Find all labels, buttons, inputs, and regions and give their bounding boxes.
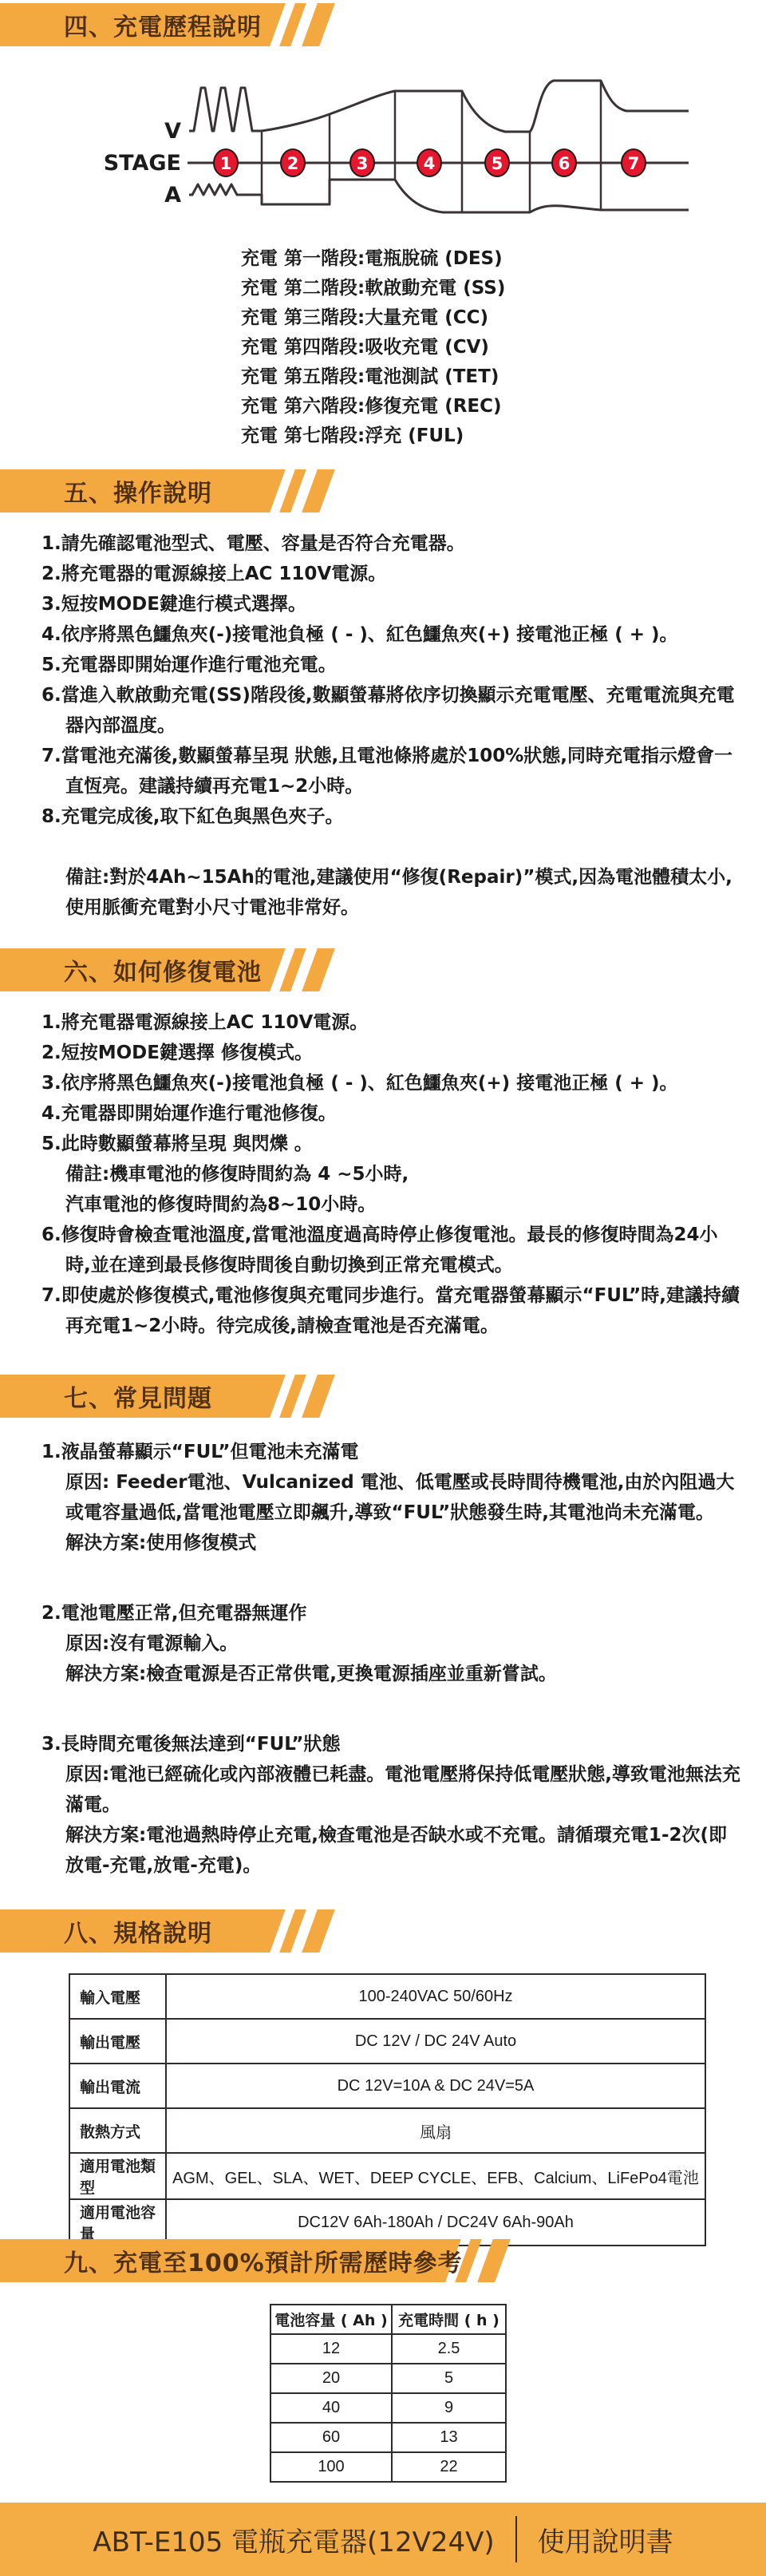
- charge-time-table: 電池容量 ( Ah ) 充電時間 ( h ) 122.5 205 409 601…: [270, 2304, 507, 2483]
- header-stripe: [279, 3, 306, 46]
- section7-title: 七、常見問題: [64, 1379, 212, 1414]
- stage-line: 充電 第一階段:電瓶脫硫 (DES): [241, 244, 505, 274]
- table-row: 409: [270, 2393, 506, 2423]
- step: 4.依序將黑色鱷魚夾(-)接電池負極 ( - )、紅色鱷魚夾(+) 接電池正極 …: [41, 619, 742, 650]
- stage-line: 充電 第三階段:大量充電 (CC): [241, 303, 505, 333]
- spec-table: 輸入電壓100-240VAC 50/60Hz 輸出電壓DC 12V / DC 2…: [69, 1973, 706, 2246]
- spec-key: 輸出電流: [69, 2064, 166, 2108]
- stage-line: 充電 第二階段:軟啟動充電 (SS): [241, 274, 505, 303]
- time-cell: 5: [392, 2364, 506, 2393]
- spec-key: 散熱方式: [69, 2108, 166, 2153]
- capacity-cell: 40: [270, 2393, 392, 2423]
- table-row: 122.5: [270, 2334, 506, 2364]
- footer-band: ABT-E105 電瓶充電器(12V24V) 使用說明書: [0, 2503, 766, 2576]
- header-stripe: [302, 3, 335, 46]
- table-row: 散熱方式風扇: [69, 2108, 705, 2153]
- manual-label: 使用說明書: [538, 2520, 673, 2559]
- faq-cause: 原因:沒有電源輸入。: [41, 1628, 742, 1659]
- table-row: 適用電池類型AGM、GEL、SLA、WET、DEEP CYCLE、EFB、Cal…: [69, 2153, 705, 2199]
- step: 3.依序將黑色鱷魚夾(-)接電池負極 ( - )、紅色鱷魚夾(+) 接電池正極 …: [41, 1068, 742, 1098]
- stage-number: 7: [628, 154, 640, 173]
- voltage-curve: [189, 81, 689, 132]
- header-stripe: [477, 2239, 511, 2282]
- time-cell: 9: [392, 2393, 506, 2423]
- header-stripe: [302, 948, 335, 991]
- faq-solution: 解決方案:電池過熱時停止充電,檢查電池是否缺水或不充電。請循環充電1-2次(即放…: [41, 1820, 742, 1881]
- charge-stage-diagram: V STAGE A 1 2 3 4 5 6 7: [84, 69, 698, 216]
- operation-steps: 1.請先確認電池型式、電壓、容量是否符合充電器。 2.將充電器的電源線接上AC …: [41, 528, 742, 923]
- header-stripe: [302, 1909, 335, 1953]
- spec-value: AGM、GEL、SLA、WET、DEEP CYCLE、EFB、Calcium、L…: [166, 2153, 705, 2199]
- faq-solution: 解決方案:檢查電源是否正常供電,更換電源插座並重新嘗試。: [41, 1659, 742, 1689]
- faq-item: 1.液晶螢幕顯示“FUL”但電池未充滿電 原因: Feeder電池、Vulcan…: [41, 1437, 742, 1558]
- stage-line: 充電 第七階段:浮充 (FUL): [241, 421, 505, 451]
- table-row: 10022: [270, 2452, 506, 2482]
- stage-number: 5: [492, 154, 503, 173]
- step: 3.短按MODE鍵進行模式選擇。: [41, 589, 742, 619]
- step: 6.當進入軟啟動充電(SS)階段後,數顯螢幕將依序切換顯示充電電壓、充電電流與充…: [41, 680, 742, 741]
- step: 4.充電器即開始運作進行電池修復。: [41, 1098, 742, 1129]
- stage-description-list: 充電 第一階段:電瓶脫硫 (DES) 充電 第二階段:軟啟動充電 (SS) 充電…: [241, 244, 505, 451]
- spec-value: 100-240VAC 50/60Hz: [166, 1974, 705, 2019]
- a-axis-label: A: [164, 183, 181, 208]
- section4-header: 四、充電歷程說明: [0, 3, 766, 46]
- spec-key: 輸入電壓: [69, 1974, 166, 2019]
- product-model-title: ABT-E105 電瓶充電器(12V24V): [93, 2520, 494, 2559]
- time-cell: 13: [392, 2423, 506, 2452]
- section7-header: 七、常見問題: [0, 1375, 766, 1418]
- stage-line: 充電 第五階段:電池測試 (TET): [241, 362, 505, 392]
- section5-header: 五、操作說明: [0, 469, 766, 512]
- note: 備註:機車電池的修復時間約為 4 ~5小時,: [41, 1159, 742, 1189]
- capacity-cell: 60: [270, 2423, 392, 2452]
- table-row: 輸出電流DC 12V=10A & DC 24V=5A: [69, 2064, 705, 2108]
- spec-key: 輸出電壓: [69, 2019, 166, 2064]
- section9-header: 九、充電至100%預計所需歷時參考: [0, 2239, 766, 2282]
- step: 5.充電器即開始運作進行電池充電。: [41, 650, 742, 680]
- faq-item: 2.電池電壓正常,但充電器無運作 原因:沒有電源輸入。 解決方案:檢查電源是否正…: [41, 1598, 742, 1689]
- section8-header: 八、規格說明: [0, 1909, 766, 1953]
- table-row: 205: [270, 2364, 506, 2393]
- table-row: 輸出電壓DC 12V / DC 24V Auto: [69, 2019, 705, 2064]
- time-cell: 2.5: [392, 2334, 506, 2364]
- header-stripe: [302, 469, 335, 512]
- stage-number: 1: [220, 154, 232, 173]
- stage-line: 充電 第四階段:吸收充電 (CV): [241, 333, 505, 362]
- capacity-cell: 12: [270, 2334, 392, 2364]
- repair-steps: 1.將充電器電源線接上AC 110V電源。 2.短按MODE鍵選擇 修復模式。 …: [41, 1007, 742, 1341]
- v-axis-label: V: [164, 119, 181, 144]
- capacity-cell: 100: [270, 2452, 392, 2482]
- section6-header: 六、如何修復電池: [0, 948, 766, 991]
- col-header-time: 充電時間 ( h ): [392, 2305, 506, 2334]
- stage-divider-lines: [262, 81, 601, 212]
- table-header-row: 電池容量 ( Ah ) 充電時間 ( h ): [270, 2305, 506, 2334]
- step: 5.此時數顯螢幕將呈現 與閃爍 。: [41, 1129, 742, 1159]
- header-stripe: [279, 1375, 306, 1418]
- step: 1.將充電器電源線接上AC 110V電源。: [41, 1007, 742, 1038]
- section6-title: 六、如何修復電池: [64, 952, 262, 987]
- faq-cause: 原因:電池已經硫化或內部液體已耗盡。電池電壓將保持低電壓狀態,導致電池無法充滿電…: [41, 1759, 742, 1820]
- spec-value: DC 12V=10A & DC 24V=5A: [166, 2064, 705, 2108]
- note: 汽車電池的修復時間約為8~10小時。: [41, 1189, 742, 1220]
- stage-axis-label: STAGE: [104, 151, 181, 176]
- faq-cause: 原因: Feeder電池、Vulcanized 電池、低電壓或長時間待機電池,由…: [41, 1467, 742, 1528]
- footer-divider: [515, 2516, 517, 2562]
- step: 8.充電完成後,取下紅色與黑色夾子。: [41, 801, 742, 832]
- faq-question: 1.液晶螢幕顯示“FUL”但電池未充滿電: [41, 1437, 742, 1467]
- table-row: 輸入電壓100-240VAC 50/60Hz: [69, 1974, 705, 2019]
- step: 7.當電池充滿後,數顯螢幕呈現 狀態,且電池條將處於100%狀態,同時充電指示燈…: [41, 741, 742, 801]
- col-header-capacity: 電池容量 ( Ah ): [270, 2305, 392, 2334]
- faq-list: 1.液晶螢幕顯示“FUL”但電池未充滿電 原因: Feeder電池、Vulcan…: [41, 1437, 742, 1921]
- section8-title: 八、規格說明: [64, 1913, 212, 1949]
- note: 備註:對於4Ah~15Ah的電池,建議使用“修復(Repair)”模式,因為電池…: [41, 862, 742, 923]
- spec-value: 風扇: [166, 2108, 705, 2153]
- step: 7.即使處於修復模式,電池修復與充電同步進行。當充電器螢幕顯示“FUL”時,建議…: [41, 1280, 742, 1341]
- faq-question: 2.電池電壓正常,但充電器無運作: [41, 1598, 742, 1628]
- section5-title: 五、操作說明: [64, 473, 212, 508]
- header-stripe: [279, 469, 306, 512]
- stage-number: 2: [287, 154, 299, 173]
- stage-number: 3: [357, 154, 369, 173]
- step: 6.修復時會檢查電池溫度,當電池溫度過高時停止修復電池。最長的修復時間為24小時…: [41, 1220, 742, 1280]
- section4-title: 四、充電歷程說明: [64, 7, 262, 42]
- stage-number: 6: [559, 154, 571, 173]
- stage-line: 充電 第六階段:修復充電 (REC): [241, 392, 505, 421]
- section9-title: 九、充電至100%預計所需歷時參考: [64, 2243, 463, 2278]
- spec-key: 適用電池類型: [69, 2153, 166, 2199]
- capacity-cell: 20: [270, 2364, 392, 2393]
- faq-item: 3.長時間充電後無法達到“FUL”狀態 原因:電池已經硫化或內部液體已耗盡。電池…: [41, 1729, 742, 1881]
- header-stripe: [279, 1909, 306, 1953]
- header-stripe: [302, 1375, 335, 1418]
- table-row: 6013: [270, 2423, 506, 2452]
- step: 1.請先確認電池型式、電壓、容量是否符合充電器。: [41, 528, 742, 559]
- faq-question: 3.長時間充電後無法達到“FUL”狀態: [41, 1729, 742, 1759]
- faq-solution: 解決方案:使用修復模式: [41, 1528, 742, 1558]
- spec-value: DC 12V / DC 24V Auto: [166, 2019, 705, 2064]
- time-cell: 22: [392, 2452, 506, 2482]
- stage-number: 4: [424, 154, 436, 173]
- step: 2.短按MODE鍵選擇 修復模式。: [41, 1038, 742, 1068]
- header-stripe: [279, 948, 306, 991]
- step: 2.將充電器的電源線接上AC 110V電源。: [41, 559, 742, 589]
- current-curve: [189, 180, 689, 212]
